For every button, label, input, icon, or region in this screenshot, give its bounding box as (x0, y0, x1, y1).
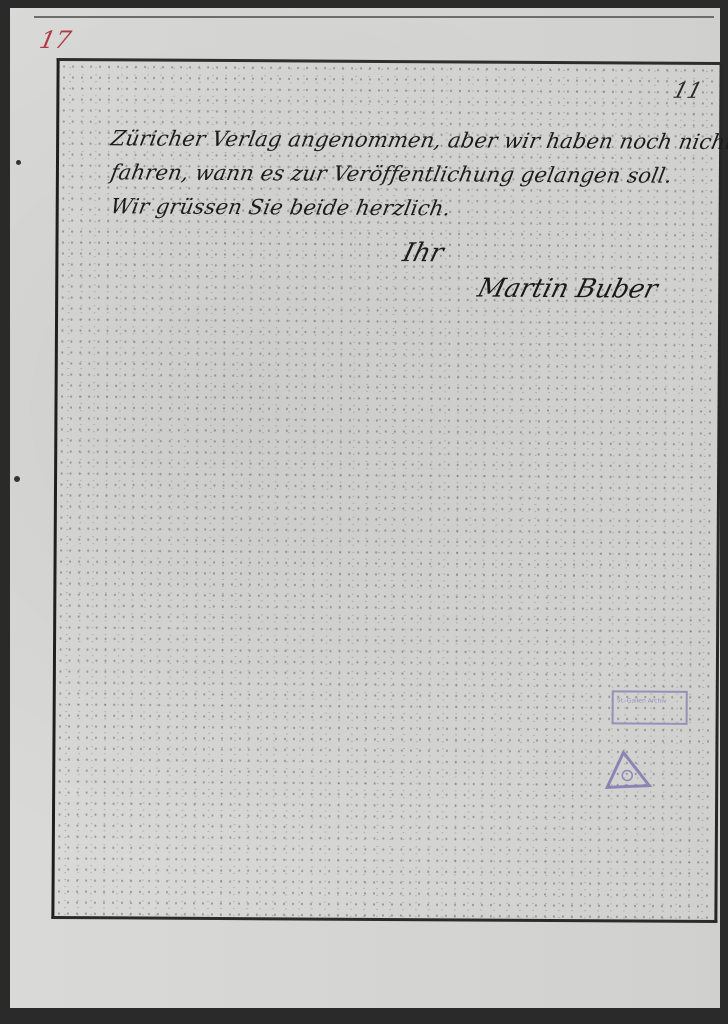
signature: Martin Buber (474, 274, 660, 305)
letter-line: Züricher Verlag angenommen, aber wir hab… (108, 121, 724, 159)
archive-stamp-text: St. Gallen Archiv (617, 697, 667, 704)
margin-mark (14, 476, 20, 482)
scanned-page: 17 11 Züricher Verlag angenommen, aber w… (10, 8, 720, 1008)
letter-closing: Ihr (400, 238, 447, 268)
red-folio-number: 17 (37, 26, 73, 54)
archive-stamp: St. Gallen Archiv (612, 690, 688, 724)
margin-mark (16, 160, 21, 165)
letter-line: Wir grüssen Sie beide herzlich. (108, 189, 724, 227)
letter-line: fahren, wann es zur Veröffentlichung gel… (108, 155, 724, 193)
letter-body: Züricher Verlag angenommen, aber wir hab… (111, 121, 722, 227)
triangle-stamp-icon (603, 749, 653, 791)
page-number: 11 (670, 79, 705, 104)
top-rule-line (34, 16, 714, 18)
letter-frame: 11 Züricher Verlag angenommen, aber wir … (51, 58, 722, 923)
